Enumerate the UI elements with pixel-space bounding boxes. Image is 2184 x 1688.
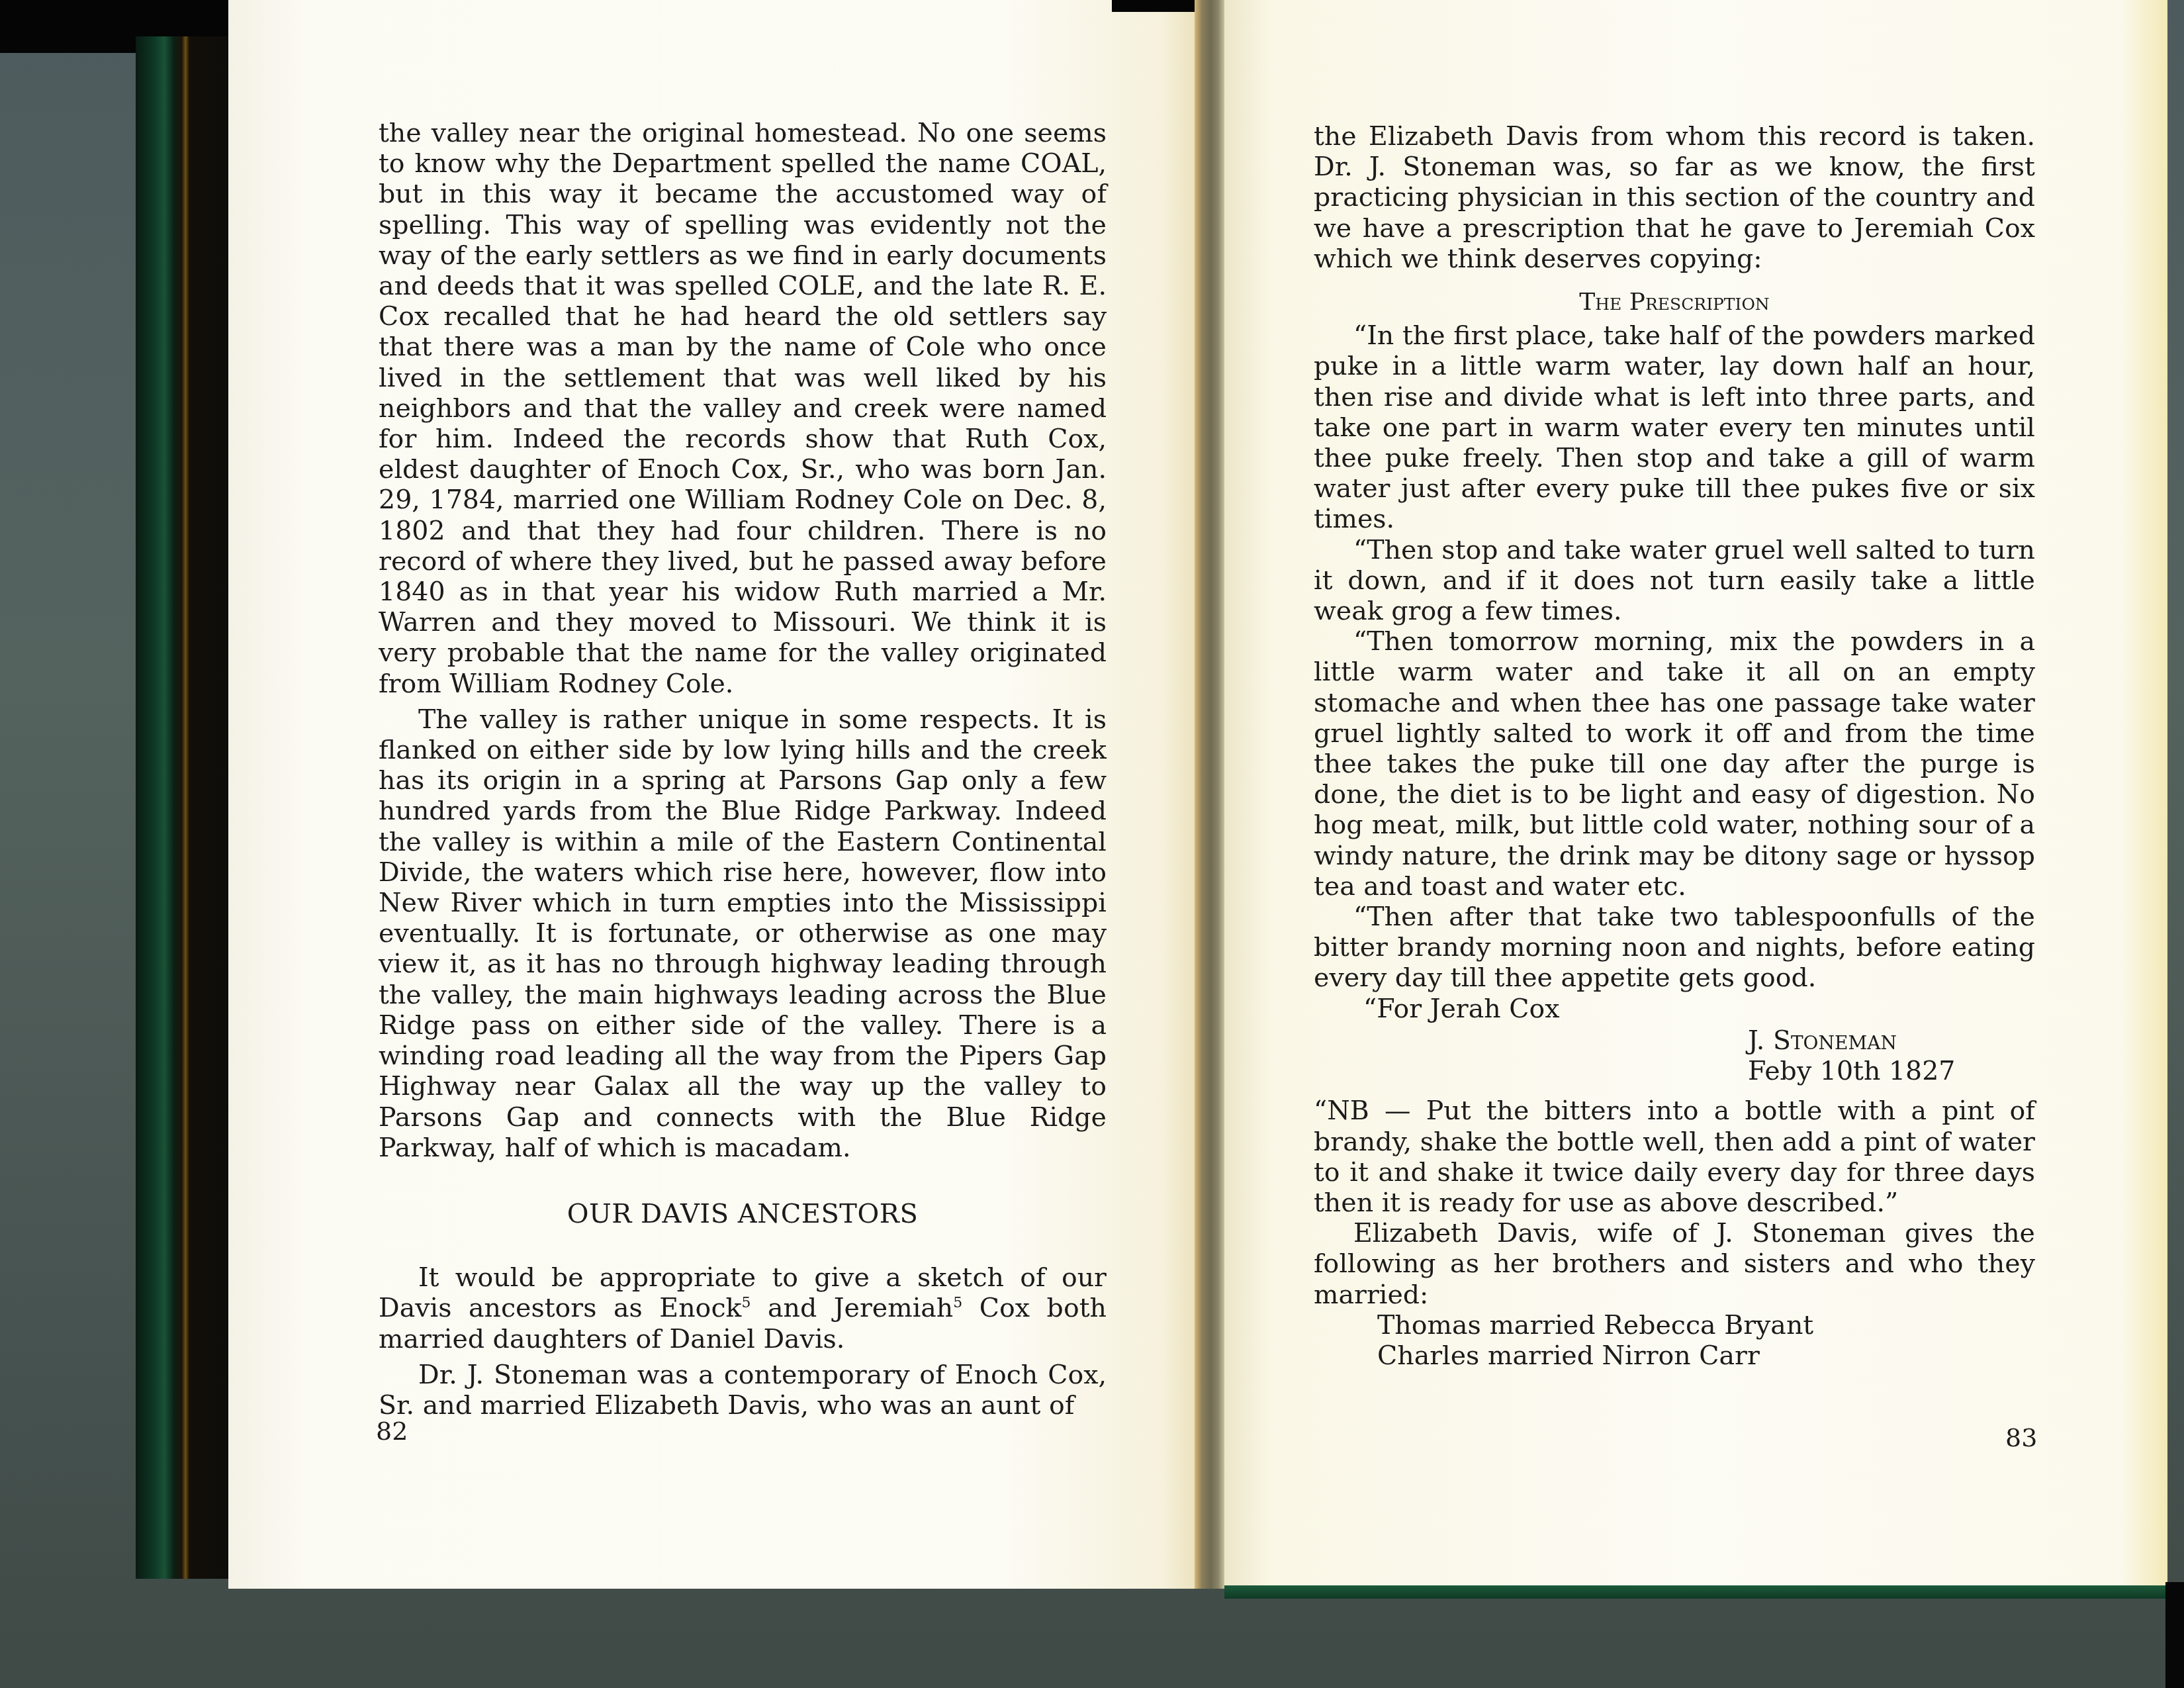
left-page-body: the valley near the original homestead. … [379,118,1107,1421]
prescription-recipient: “For Jerah Cox [1314,994,2035,1024]
sibling-list-item: Thomas married Rebecca Bryant [1314,1310,2035,1340]
prescription-paragraph: “Then stop and take water gruel well sal… [1314,535,2035,627]
paragraph-stoneman: Dr. J. Stoneman was a contemporary of En… [379,1360,1107,1421]
paragraph-cole-name: the valley near the original homestead. … [379,118,1107,699]
section-heading-davis-ancestors: OUR DAVIS ANCESTORS [379,1199,1107,1229]
right-page-body: the Elizabeth Davis from whom this recor… [1314,121,2035,1371]
paragraph-intro: the Elizabeth Davis from whom this recor… [1314,121,2035,274]
prescription-paragraph: “Then after that take two tablespoonfull… [1314,902,2035,994]
page-number-left: 82 [376,1417,408,1446]
signature-date: Feby 10th 1827 [1314,1056,2035,1086]
paragraph-siblings-intro: Elizabeth Davis, wife of J. Stoneman giv… [1314,1218,2035,1310]
sibling-list-item: Charles married Nirron Carr [1314,1340,2035,1371]
book-spine-gutter [1195,0,1224,1589]
footnote-marker: 5 [953,1295,962,1311]
footnote-marker: 5 [741,1295,751,1311]
prescription-paragraph: “Then tomorrow morning, mix the powders … [1314,626,2035,902]
scan-background-edge [2165,1582,2184,1688]
book-cover-left-edge [136,36,232,1579]
signature-name: J. Stoneman [1314,1025,2035,1056]
paragraph-valley-description: The valley is rather unique in some resp… [379,704,1107,1163]
book-cover-bottom-edge [1224,1585,2167,1599]
page-number-right: 83 [2005,1423,2037,1452]
prescription-paragraph: “In the first place, take half of the po… [1314,320,2035,534]
section-heading-prescription: The Prescription [1314,287,2035,318]
paragraph-davis-sketch: It would be appropriate to give a sketch… [379,1262,1107,1354]
paragraph-nb: “NB — Put the bitters into a bottle with… [1314,1096,2035,1218]
